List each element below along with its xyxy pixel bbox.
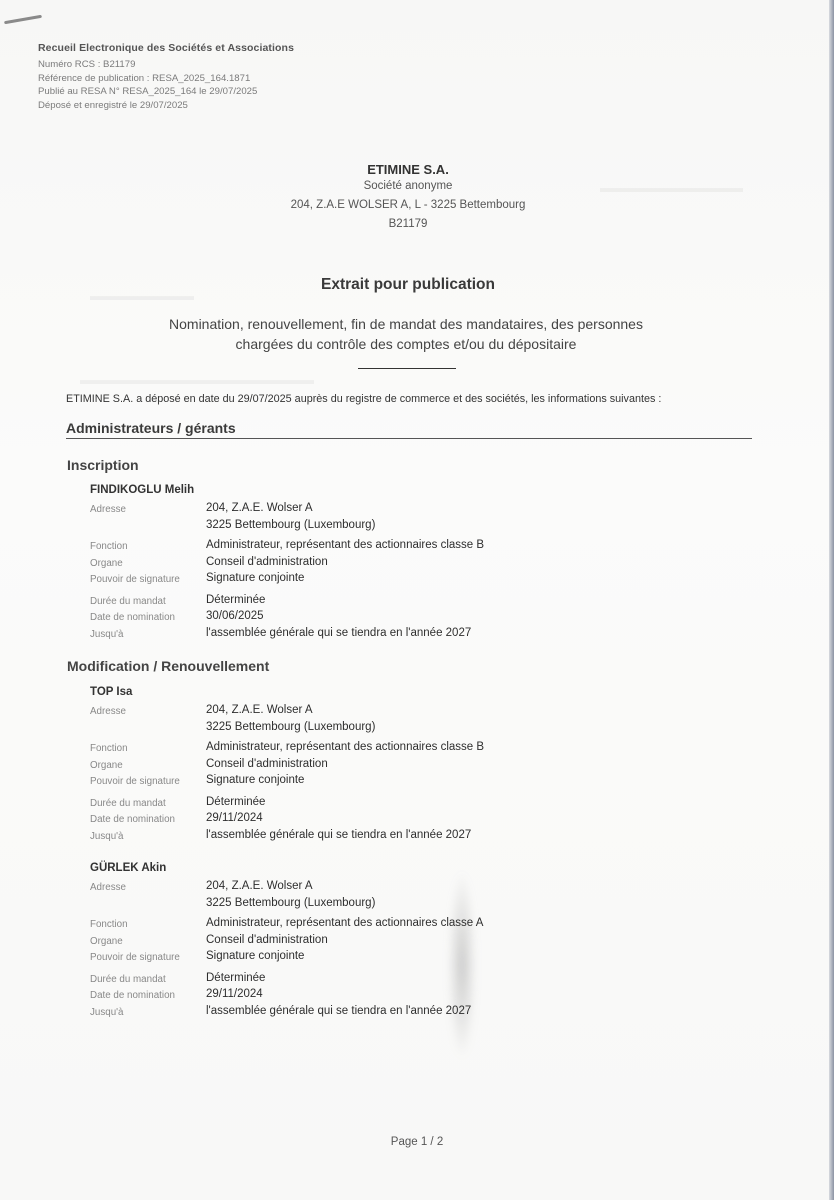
intro-text: ETIMINE S.A. a déposé en date du 29/07/2… [66,393,661,405]
company-rcs: B21179 [198,215,618,234]
field-label: Date de nomination [90,609,206,626]
company-address: 204, Z.A.E WOLSER A, L - 3225 Bettembour… [198,196,618,215]
bleed-through-text: ▬▬▬▬▬▬▬▬ [90,288,194,303]
address-line: 204, Z.A.E. Wolser A [206,703,313,720]
scan-mark [4,15,42,25]
document-subtitle: Nomination, renouvellement, fin de manda… [100,314,712,354]
person-name: TOP Isa [90,686,790,698]
publication-reference: Référence de publication : RESA_2025_164… [38,72,294,86]
company-name: ETIMINE S.A. [198,162,618,177]
organ-value: Conseil d'administration [206,933,328,950]
field-label: Organe [90,555,206,572]
publisher-name: Recueil Electronique des Sociétés et Ass… [38,42,294,54]
filing-date: Déposé et enregistré le 29/07/2025 [38,99,294,113]
field-label: Date de nomination [90,811,206,828]
document-page: ▬▬▬▬▬▬▬▬ ▬▬▬▬▬▬▬▬▬▬▬▬▬▬▬▬▬▬ ▬▬▬▬▬▬▬▬▬▬▬ … [0,0,834,1200]
field-label: Date de nomination [90,987,206,1004]
signature-value: Signature conjointe [206,949,304,966]
nomination-date-value: 30/06/2025 [206,609,264,626]
register-header: Recueil Electronique des Sociétés et Ass… [38,42,294,112]
field-label: Adresse [90,703,206,720]
address-line: 3225 Bettembourg (Luxembourg) [206,518,375,534]
section-heading: Administrateurs / gérants [66,420,236,436]
modification-heading: Modification / Renouvellement [67,658,269,674]
field-label: Fonction [90,538,206,555]
organ-value: Conseil d'administration [206,555,328,572]
field-label: Organe [90,757,206,774]
bleed-through-text: ▬▬▬▬▬▬▬▬▬▬▬▬▬▬▬▬▬▬ [80,372,314,387]
company-block: ETIMINE S.A. Société anonyme 204, Z.A.E … [0,162,834,234]
field-label: Adresse [90,879,206,896]
nomination-date-value: 29/11/2024 [206,811,263,828]
address-line: 3225 Bettembourg (Luxembourg) [206,896,375,912]
field-label: Durée du mandat [90,971,206,988]
field-label: Pouvoir de signature [90,949,206,966]
function-value: Administrateur, représentant des actionn… [206,538,484,555]
publication-date: Publié au RESA N° RESA_2025_164 le 29/07… [38,85,294,99]
rcs-number: Numéro RCS : B21179 [38,58,294,72]
company-legal-form: Société anonyme [198,177,618,196]
subtitle-line: chargées du contrôle des comptes et/ou d… [100,334,712,354]
duration-value: Déterminée [206,971,265,988]
inscription-heading: Inscription [67,457,139,473]
field-label: Adresse [90,501,206,518]
signature-value: Signature conjointe [206,571,304,588]
field-label: Pouvoir de signature [90,571,206,588]
field-label: Jusqu'à [90,1004,206,1021]
person-name: FINDIKOGLU Melih [90,484,790,496]
field-label: Fonction [90,916,206,933]
duration-value: Déterminée [206,593,265,610]
field-label: Fonction [90,740,206,757]
document-title: Extrait pour publication [198,276,618,294]
person-name: GÜRLEK Akin [90,862,790,874]
subtitle-line: Nomination, renouvellement, fin de manda… [100,314,712,334]
duration-value: Déterminée [206,795,265,812]
field-label: Jusqu'à [90,626,206,643]
person-entry: GÜRLEK Akin Adresse204, Z.A.E. Wolser A … [90,862,790,1020]
person-entry: TOP Isa Adresse204, Z.A.E. Wolser A 3225… [90,686,790,844]
address-line: 3225 Bettembourg (Luxembourg) [206,720,375,736]
field-label: Durée du mandat [90,795,206,812]
person-entry: FINDIKOGLU Melih Adresse204, Z.A.E. Wols… [90,484,790,642]
section-divider [66,438,752,439]
function-value: Administrateur, représentant des actionn… [206,916,483,933]
organ-value: Conseil d'administration [206,757,328,774]
address-line: 204, Z.A.E. Wolser A [206,879,313,896]
until-value: l'assemblée générale qui se tiendra en l… [206,828,471,845]
field-label: Organe [90,933,206,950]
nomination-date-value: 29/11/2024 [206,987,263,1004]
page-indicator: Page 1 / 2 [0,1136,834,1148]
field-label: Durée du mandat [90,593,206,610]
until-value: l'assemblée générale qui se tiendra en l… [206,1004,471,1021]
field-label: Jusqu'à [90,828,206,845]
title-divider [358,368,456,369]
address-line: 204, Z.A.E. Wolser A [206,501,313,518]
field-label: Pouvoir de signature [90,773,206,790]
signature-value: Signature conjointe [206,773,304,790]
until-value: l'assemblée générale qui se tiendra en l… [206,626,471,643]
function-value: Administrateur, représentant des actionn… [206,740,484,757]
